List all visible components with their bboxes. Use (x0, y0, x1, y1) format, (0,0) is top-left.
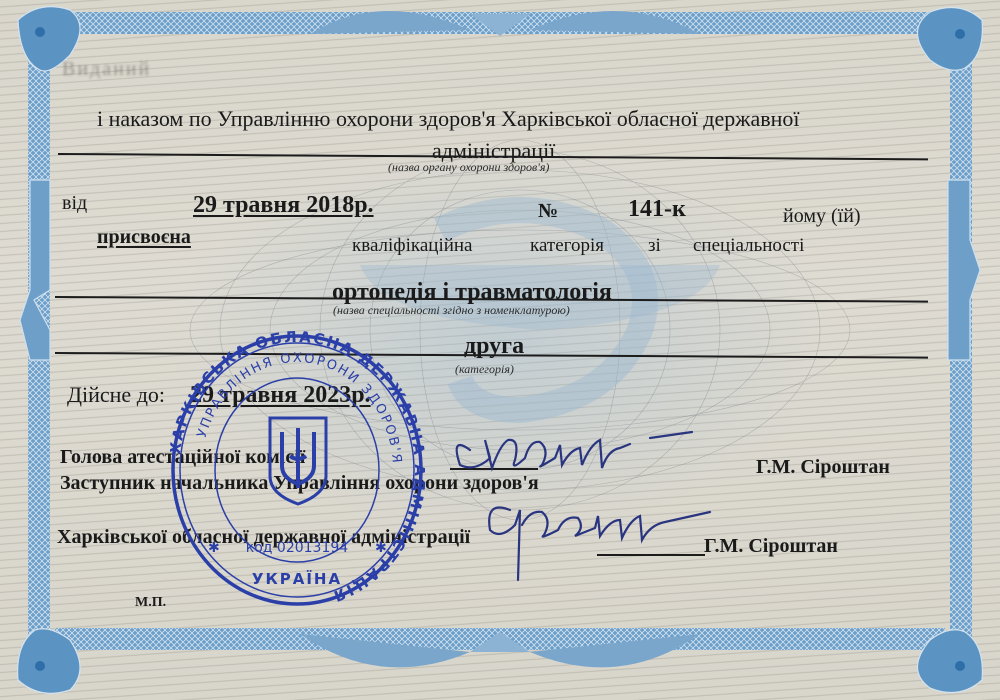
signature-1 (430, 410, 710, 480)
specialty-caption: (назва спеціальності згідно з номенклату… (333, 303, 570, 318)
smudged-header-text: Виданий (62, 58, 151, 81)
trident-emblem-icon (270, 418, 326, 504)
official-stamp: ХАРКІВСЬКА ОБЛАСНА ДЕРЖАВНА АДМІНІСТРАЦІ… (170, 330, 425, 608)
to-whom: йому (їй) (783, 205, 861, 228)
star-icon: ✱ (375, 541, 387, 556)
number-sign: № (538, 200, 558, 223)
stamp-country: УКРАЇНА (252, 569, 342, 588)
signature-2 (470, 480, 730, 590)
specialty-value: ортопедія і травматологія (332, 279, 612, 306)
assigned-label: присвоєна (97, 226, 191, 249)
order-number: 141-к (628, 196, 686, 223)
category-caption: (категорія) (455, 362, 514, 377)
category-phrase-4: спеціальності (693, 235, 804, 257)
star-icon: ✱ (208, 541, 220, 556)
from-label: від (62, 192, 87, 215)
signatory1-name: Г.М. Сіроштан (756, 456, 890, 479)
category-phrase-3: зі (648, 235, 661, 257)
order-date: 29 травня 2018р. (193, 192, 374, 219)
seal-place-label: М.П. (135, 595, 166, 611)
stamp-code: код 02013194 (246, 540, 349, 556)
valid-until-label: Дійсне до: (67, 382, 165, 408)
organ-caption: (назва органу охорони здоров'я) (388, 160, 549, 175)
order-line-1: і наказом по Управлінню охорони здоров'я… (97, 106, 800, 132)
category-phrase-2: категорія (530, 235, 604, 257)
certificate-page: Виданий і наказом по Управлінню охорони … (0, 0, 1000, 700)
category-phrase-1: кваліфікаційна (352, 235, 473, 257)
